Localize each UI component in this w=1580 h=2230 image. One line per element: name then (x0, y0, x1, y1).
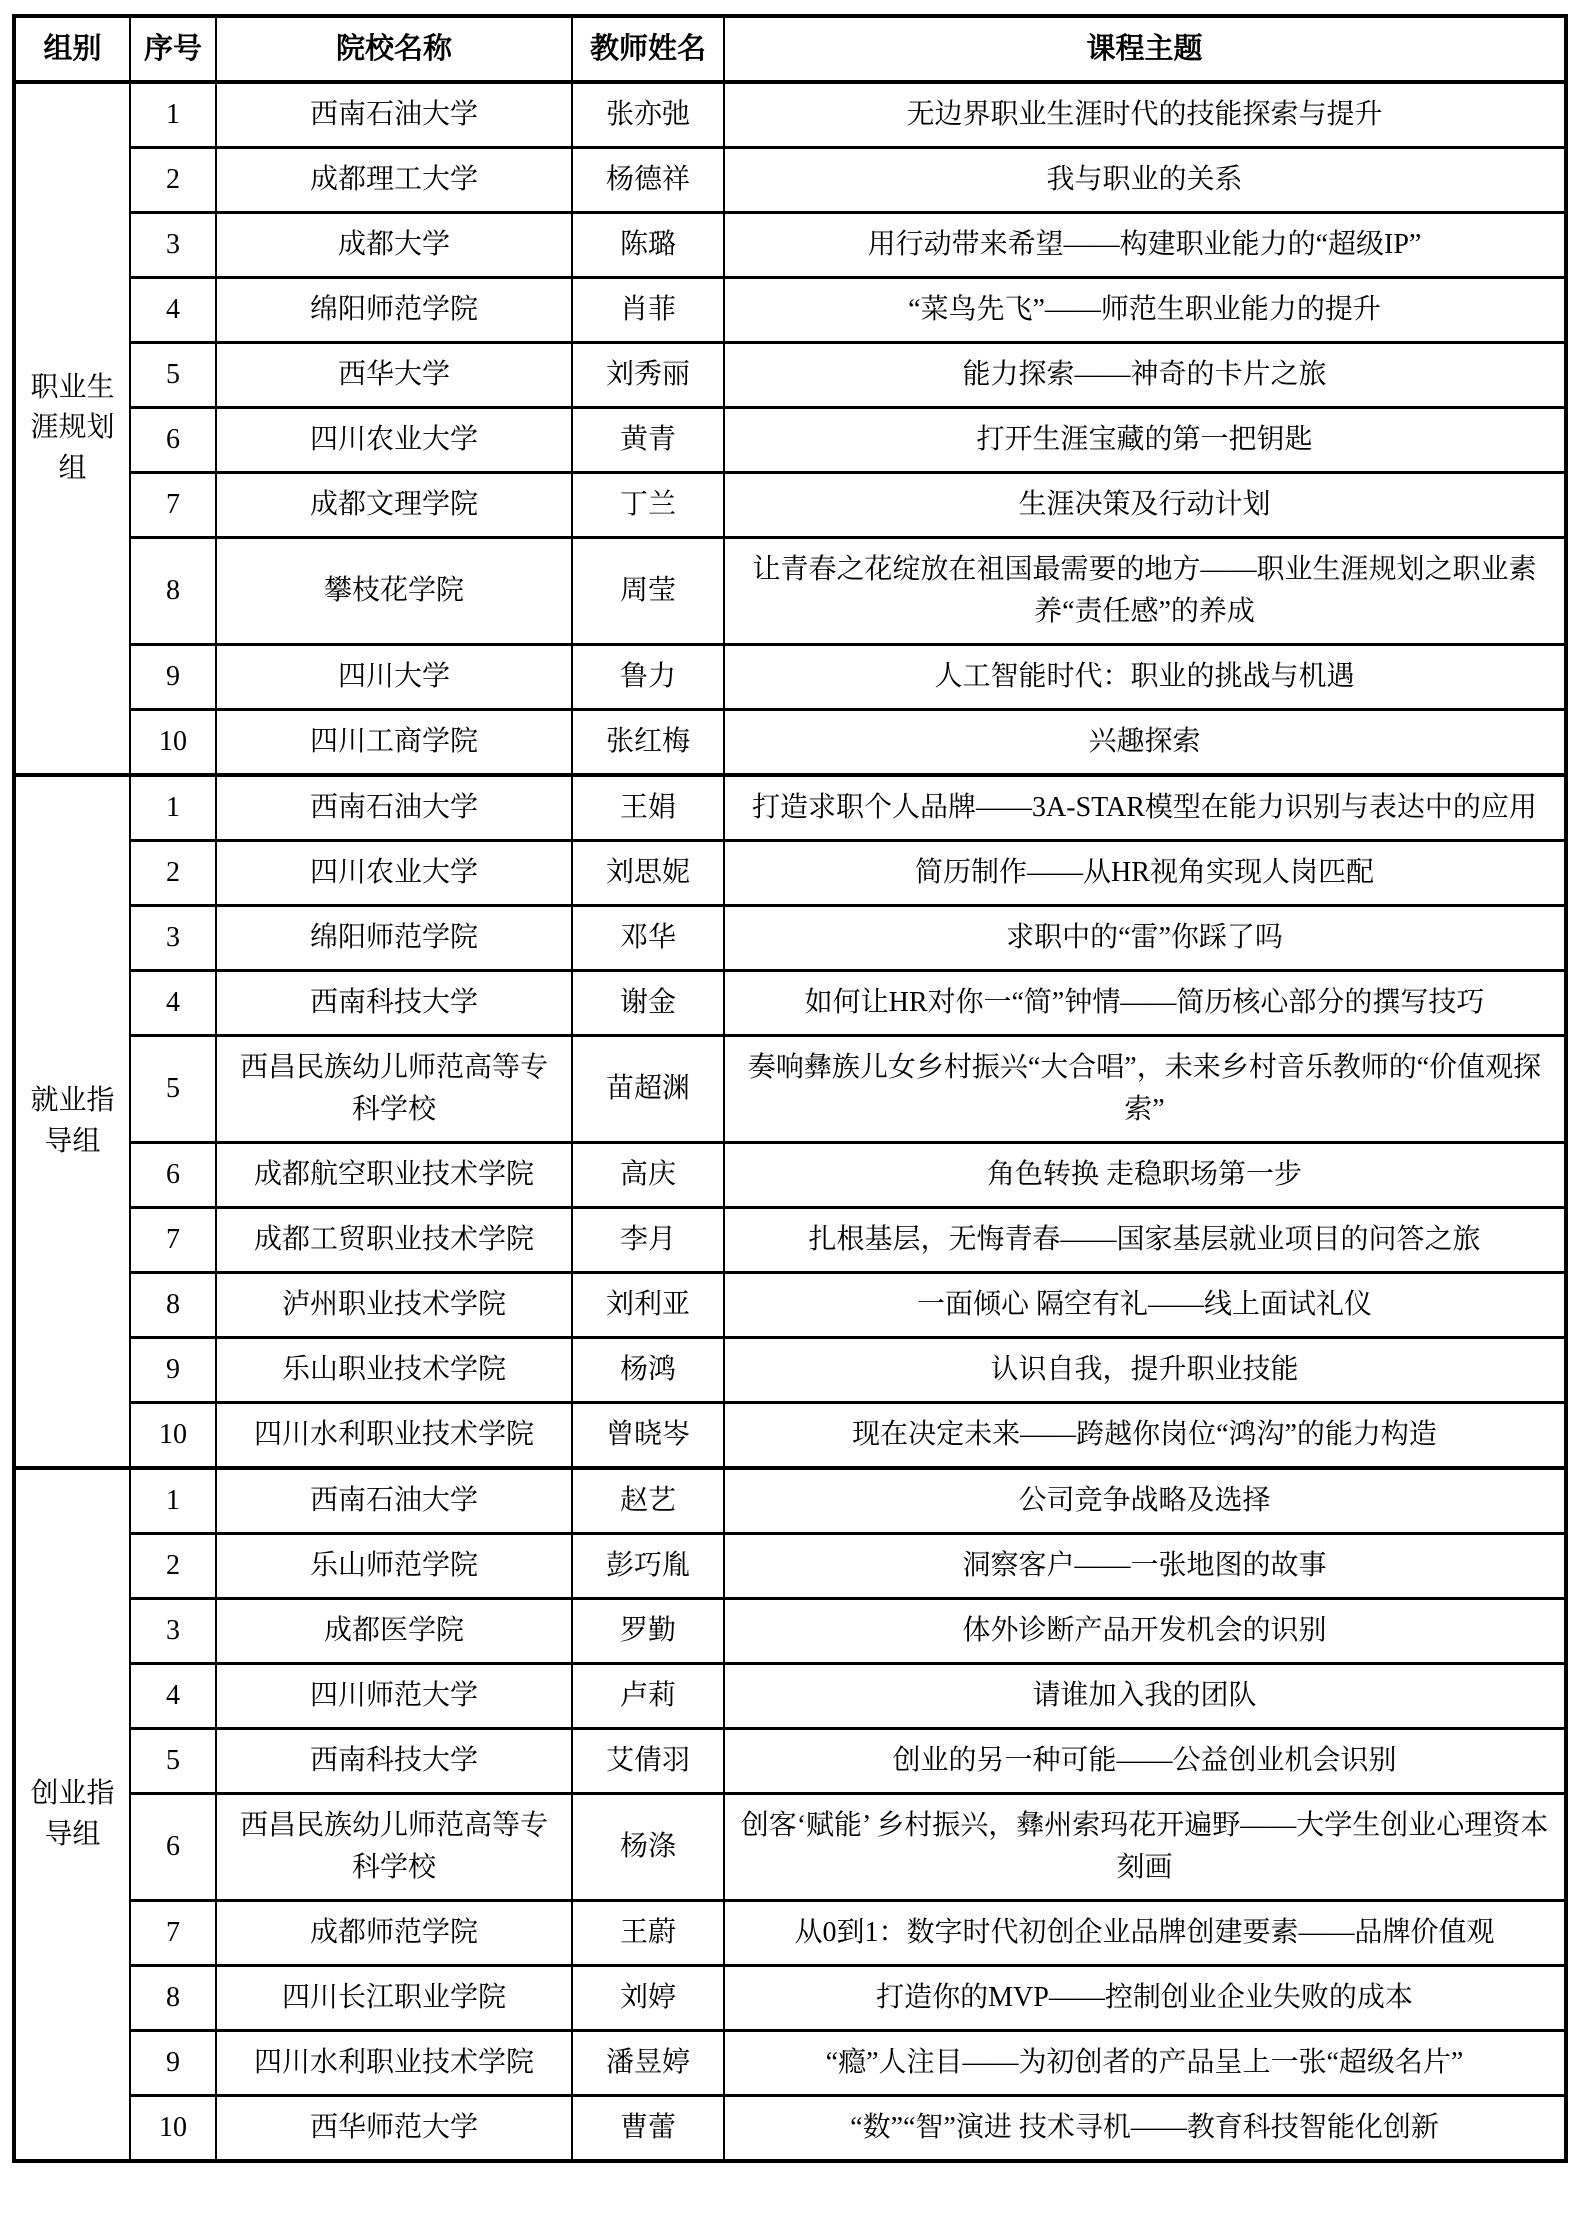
topic-cell: “瘾”人注目——为初创者的产品呈上一张“超级名片” (724, 2031, 1566, 2096)
teacher-cell: 苗超渊 (572, 1036, 724, 1143)
school-cell: 成都工贸职业技术学院 (216, 1208, 572, 1273)
topic-cell: 如何让HR对你一“简”钟情——简历核心部分的撰写技巧 (724, 971, 1566, 1036)
teacher-cell: 潘昱婷 (572, 2031, 724, 2096)
table-row: 4绵阳师范学院肖菲“菜鸟先飞”——师范生职业能力的提升 (14, 278, 1566, 343)
topic-cell: 打开生涯宝藏的第一把钥匙 (724, 408, 1566, 473)
teacher-cell: 张红梅 (572, 710, 724, 776)
teacher-cell: 刘秀丽 (572, 343, 724, 408)
table-row: 9四川大学鲁力人工智能时代：职业的挑战与机遇 (14, 645, 1566, 710)
school-cell: 成都师范学院 (216, 1901, 572, 1966)
topic-cell: 我与职业的关系 (724, 148, 1566, 213)
row-number-cell: 2 (130, 841, 216, 906)
topic-cell: 请谁加入我的团队 (724, 1664, 1566, 1729)
topic-cell: 创业的另一种可能——公益创业机会识别 (724, 1729, 1566, 1794)
school-cell: 西南科技大学 (216, 1729, 572, 1794)
topic-cell: 扎根基层，无悔青春——国家基层就业项目的问答之旅 (724, 1208, 1566, 1273)
row-number-cell: 5 (130, 343, 216, 408)
school-cell: 攀枝花学院 (216, 538, 572, 645)
table-row: 2成都理工大学杨德祥我与职业的关系 (14, 148, 1566, 213)
school-cell: 绵阳师范学院 (216, 906, 572, 971)
school-cell: 成都医学院 (216, 1599, 572, 1664)
school-cell: 乐山职业技术学院 (216, 1338, 572, 1403)
teacher-cell: 谢金 (572, 971, 724, 1036)
table-row: 10四川水利职业技术学院曾晓岑现在决定未来——跨越你岗位“鸿沟”的能力构造 (14, 1403, 1566, 1469)
row-number-cell: 1 (130, 775, 216, 841)
table-row: 就业指导组1西南石油大学王娟打造求职个人品牌——3A-STAR模型在能力识别与表… (14, 775, 1566, 841)
teacher-cell: 陈璐 (572, 213, 724, 278)
topic-cell: 一面倾心 隔空有礼——线上面试礼仪 (724, 1273, 1566, 1338)
header-group: 组别 (14, 16, 130, 82)
table-row: 8攀枝花学院周莹让青春之花绽放在祖国最需要的地方——职业生涯规划之职业素养“责任… (14, 538, 1566, 645)
topic-cell: 公司竞争战略及选择 (724, 1468, 1566, 1534)
teacher-cell: 赵艺 (572, 1468, 724, 1534)
teacher-cell: 高庆 (572, 1143, 724, 1208)
school-cell: 西昌民族幼儿师范高等专科学校 (216, 1794, 572, 1901)
teacher-cell: 王娟 (572, 775, 724, 841)
school-cell: 成都文理学院 (216, 473, 572, 538)
school-cell: 四川师范大学 (216, 1664, 572, 1729)
row-number-cell: 6 (130, 1143, 216, 1208)
teacher-cell: 卢莉 (572, 1664, 724, 1729)
row-number-cell: 7 (130, 1901, 216, 1966)
group-label-cell: 就业指导组 (14, 775, 130, 1468)
school-cell: 西华大学 (216, 343, 572, 408)
table-row: 8四川长江职业学院刘婷打造你的MVP——控制创业企业失败的成本 (14, 1966, 1566, 2031)
school-cell: 乐山师范学院 (216, 1534, 572, 1599)
teacher-cell: 曹蕾 (572, 2096, 724, 2162)
teacher-cell: 刘婷 (572, 1966, 724, 2031)
topic-cell: 体外诊断产品开发机会的识别 (724, 1599, 1566, 1664)
teacher-cell: 周莹 (572, 538, 724, 645)
table-row: 7成都师范学院王蔚从0到1：数字时代初创企业品牌创建要素——品牌价值观 (14, 1901, 1566, 1966)
teacher-cell: 杨涤 (572, 1794, 724, 1901)
topic-cell: “数”“智”演进 技术寻机——教育科技智能化创新 (724, 2096, 1566, 2162)
topic-cell: 洞察客户——一张地图的故事 (724, 1534, 1566, 1599)
table-row: 8泸州职业技术学院刘利亚一面倾心 隔空有礼——线上面试礼仪 (14, 1273, 1566, 1338)
table-row: 9乐山职业技术学院杨鸿认识自我，提升职业技能 (14, 1338, 1566, 1403)
table-header: 组别 序号 院校名称 教师姓名 课程主题 (14, 16, 1566, 82)
school-cell: 西南石油大学 (216, 82, 572, 148)
table-row: 2乐山师范学院彭巧胤洞察客户——一张地图的故事 (14, 1534, 1566, 1599)
topic-cell: 现在决定未来——跨越你岗位“鸿沟”的能力构造 (724, 1403, 1566, 1469)
row-number-cell: 2 (130, 148, 216, 213)
topic-cell: 生涯决策及行动计划 (724, 473, 1566, 538)
table-row: 10西华师范大学曹蕾“数”“智”演进 技术寻机——教育科技智能化创新 (14, 2096, 1566, 2162)
table-row: 4西南科技大学谢金如何让HR对你一“简”钟情——简历核心部分的撰写技巧 (14, 971, 1566, 1036)
row-number-cell: 9 (130, 2031, 216, 2096)
teacher-cell: 曾晓岑 (572, 1403, 724, 1469)
row-number-cell: 8 (130, 538, 216, 645)
teacher-cell: 丁兰 (572, 473, 724, 538)
row-number-cell: 2 (130, 1534, 216, 1599)
school-cell: 成都大学 (216, 213, 572, 278)
teacher-cell: 鲁力 (572, 645, 724, 710)
topic-cell: 从0到1：数字时代初创企业品牌创建要素——品牌价值观 (724, 1901, 1566, 1966)
school-cell: 四川水利职业技术学院 (216, 1403, 572, 1469)
header-topic: 课程主题 (724, 16, 1566, 82)
topic-cell: 创客‘赋能’ 乡村振兴，彝州索玛花开遍野——大学生创业心理资本刻画 (724, 1794, 1566, 1901)
course-roster-table: 组别 序号 院校名称 教师姓名 课程主题 职业生涯规划组1西南石油大学张亦弛无边… (12, 14, 1568, 2163)
row-number-cell: 10 (130, 1403, 216, 1469)
row-number-cell: 10 (130, 2096, 216, 2162)
table-row: 创业指导组1西南石油大学赵艺公司竞争战略及选择 (14, 1468, 1566, 1534)
topic-cell: 无边界职业生涯时代的技能探索与提升 (724, 82, 1566, 148)
row-number-cell: 5 (130, 1729, 216, 1794)
row-number-cell: 7 (130, 1208, 216, 1273)
row-number-cell: 10 (130, 710, 216, 776)
topic-cell: “菜鸟先飞”——师范生职业能力的提升 (724, 278, 1566, 343)
school-cell: 四川长江职业学院 (216, 1966, 572, 2031)
teacher-cell: 刘利亚 (572, 1273, 724, 1338)
teacher-cell: 彭巧胤 (572, 1534, 724, 1599)
row-number-cell: 6 (130, 408, 216, 473)
table-row: 3成都大学陈璐用行动带来希望——构建职业能力的“超级IP” (14, 213, 1566, 278)
row-number-cell: 3 (130, 906, 216, 971)
document-page: 组别 序号 院校名称 教师姓名 课程主题 职业生涯规划组1西南石油大学张亦弛无边… (0, 0, 1580, 2175)
row-number-cell: 3 (130, 1599, 216, 1664)
table-body: 职业生涯规划组1西南石油大学张亦弛无边界职业生涯时代的技能探索与提升2成都理工大… (14, 82, 1566, 2161)
table-row: 4四川师范大学卢莉请谁加入我的团队 (14, 1664, 1566, 1729)
topic-cell: 角色转换 走稳职场第一步 (724, 1143, 1566, 1208)
group-label-cell: 创业指导组 (14, 1468, 130, 2161)
topic-cell: 兴趣探索 (724, 710, 1566, 776)
row-number-cell: 1 (130, 82, 216, 148)
school-cell: 西南科技大学 (216, 971, 572, 1036)
topic-cell: 认识自我，提升职业技能 (724, 1338, 1566, 1403)
table-row: 9四川水利职业技术学院潘昱婷“瘾”人注目——为初创者的产品呈上一张“超级名片” (14, 2031, 1566, 2096)
topic-cell: 打造你的MVP——控制创业企业失败的成本 (724, 1966, 1566, 2031)
teacher-cell: 肖菲 (572, 278, 724, 343)
school-cell: 四川工商学院 (216, 710, 572, 776)
teacher-cell: 李月 (572, 1208, 724, 1273)
topic-cell: 让青春之花绽放在祖国最需要的地方——职业生涯规划之职业素养“责任感”的养成 (724, 538, 1566, 645)
header-school: 院校名称 (216, 16, 572, 82)
topic-cell: 求职中的“雷”你踩了吗 (724, 906, 1566, 971)
teacher-cell: 杨德祥 (572, 148, 724, 213)
header-teacher: 教师姓名 (572, 16, 724, 82)
group-label-cell: 职业生涯规划组 (14, 82, 130, 775)
topic-cell: 能力探索——神奇的卡片之旅 (724, 343, 1566, 408)
table-row: 5西昌民族幼儿师范高等专科学校苗超渊奏响彝族儿女乡村振兴“大合唱”，未来乡村音乐… (14, 1036, 1566, 1143)
school-cell: 西华师范大学 (216, 2096, 572, 2162)
row-number-cell: 9 (130, 1338, 216, 1403)
teacher-cell: 艾倩羽 (572, 1729, 724, 1794)
topic-cell: 简历制作——从HR视角实现人岗匹配 (724, 841, 1566, 906)
school-cell: 西昌民族幼儿师范高等专科学校 (216, 1036, 572, 1143)
row-number-cell: 8 (130, 1273, 216, 1338)
school-cell: 泸州职业技术学院 (216, 1273, 572, 1338)
row-number-cell: 6 (130, 1794, 216, 1901)
topic-cell: 打造求职个人品牌——3A-STAR模型在能力识别与表达中的应用 (724, 775, 1566, 841)
teacher-cell: 邓华 (572, 906, 724, 971)
teacher-cell: 罗勤 (572, 1599, 724, 1664)
row-number-cell: 4 (130, 971, 216, 1036)
table-row: 6四川农业大学黄青打开生涯宝藏的第一把钥匙 (14, 408, 1566, 473)
school-cell: 绵阳师范学院 (216, 278, 572, 343)
row-number-cell: 4 (130, 278, 216, 343)
topic-cell: 人工智能时代：职业的挑战与机遇 (724, 645, 1566, 710)
row-number-cell: 3 (130, 213, 216, 278)
table-row: 5西华大学刘秀丽能力探索——神奇的卡片之旅 (14, 343, 1566, 408)
school-cell: 四川农业大学 (216, 841, 572, 906)
teacher-cell: 黄青 (572, 408, 724, 473)
row-number-cell: 9 (130, 645, 216, 710)
teacher-cell: 刘思妮 (572, 841, 724, 906)
topic-cell: 用行动带来希望——构建职业能力的“超级IP” (724, 213, 1566, 278)
table-row: 2四川农业大学刘思妮简历制作——从HR视角实现人岗匹配 (14, 841, 1566, 906)
school-cell: 四川水利职业技术学院 (216, 2031, 572, 2096)
header-number: 序号 (130, 16, 216, 82)
table-row: 7成都工贸职业技术学院李月扎根基层，无悔青春——国家基层就业项目的问答之旅 (14, 1208, 1566, 1273)
row-number-cell: 8 (130, 1966, 216, 2031)
school-cell: 四川大学 (216, 645, 572, 710)
table-row: 3成都医学院罗勤体外诊断产品开发机会的识别 (14, 1599, 1566, 1664)
table-row: 7成都文理学院丁兰生涯决策及行动计划 (14, 473, 1566, 538)
row-number-cell: 1 (130, 1468, 216, 1534)
group-label: 创业指导组 (31, 1774, 115, 1855)
table-row: 10四川工商学院张红梅兴趣探索 (14, 710, 1566, 776)
row-number-cell: 4 (130, 1664, 216, 1729)
header-row: 组别 序号 院校名称 教师姓名 课程主题 (14, 16, 1566, 82)
row-number-cell: 5 (130, 1036, 216, 1143)
school-cell: 成都理工大学 (216, 148, 572, 213)
topic-cell: 奏响彝族儿女乡村振兴“大合唱”，未来乡村音乐教师的“价值观探索” (724, 1036, 1566, 1143)
teacher-cell: 杨鸿 (572, 1338, 724, 1403)
school-cell: 四川农业大学 (216, 408, 572, 473)
school-cell: 西南石油大学 (216, 775, 572, 841)
teacher-cell: 王蔚 (572, 1901, 724, 1966)
group-label: 就业指导组 (31, 1081, 115, 1162)
table-row: 职业生涯规划组1西南石油大学张亦弛无边界职业生涯时代的技能探索与提升 (14, 82, 1566, 148)
school-cell: 成都航空职业技术学院 (216, 1143, 572, 1208)
table-row: 6西昌民族幼儿师范高等专科学校杨涤创客‘赋能’ 乡村振兴，彝州索玛花开遍野——大… (14, 1794, 1566, 1901)
school-cell: 西南石油大学 (216, 1468, 572, 1534)
table-row: 5西南科技大学艾倩羽创业的另一种可能——公益创业机会识别 (14, 1729, 1566, 1794)
row-number-cell: 7 (130, 473, 216, 538)
table-row: 3绵阳师范学院邓华求职中的“雷”你踩了吗 (14, 906, 1566, 971)
teacher-cell: 张亦弛 (572, 82, 724, 148)
group-label: 职业生涯规划组 (31, 368, 115, 490)
table-row: 6成都航空职业技术学院高庆角色转换 走稳职场第一步 (14, 1143, 1566, 1208)
